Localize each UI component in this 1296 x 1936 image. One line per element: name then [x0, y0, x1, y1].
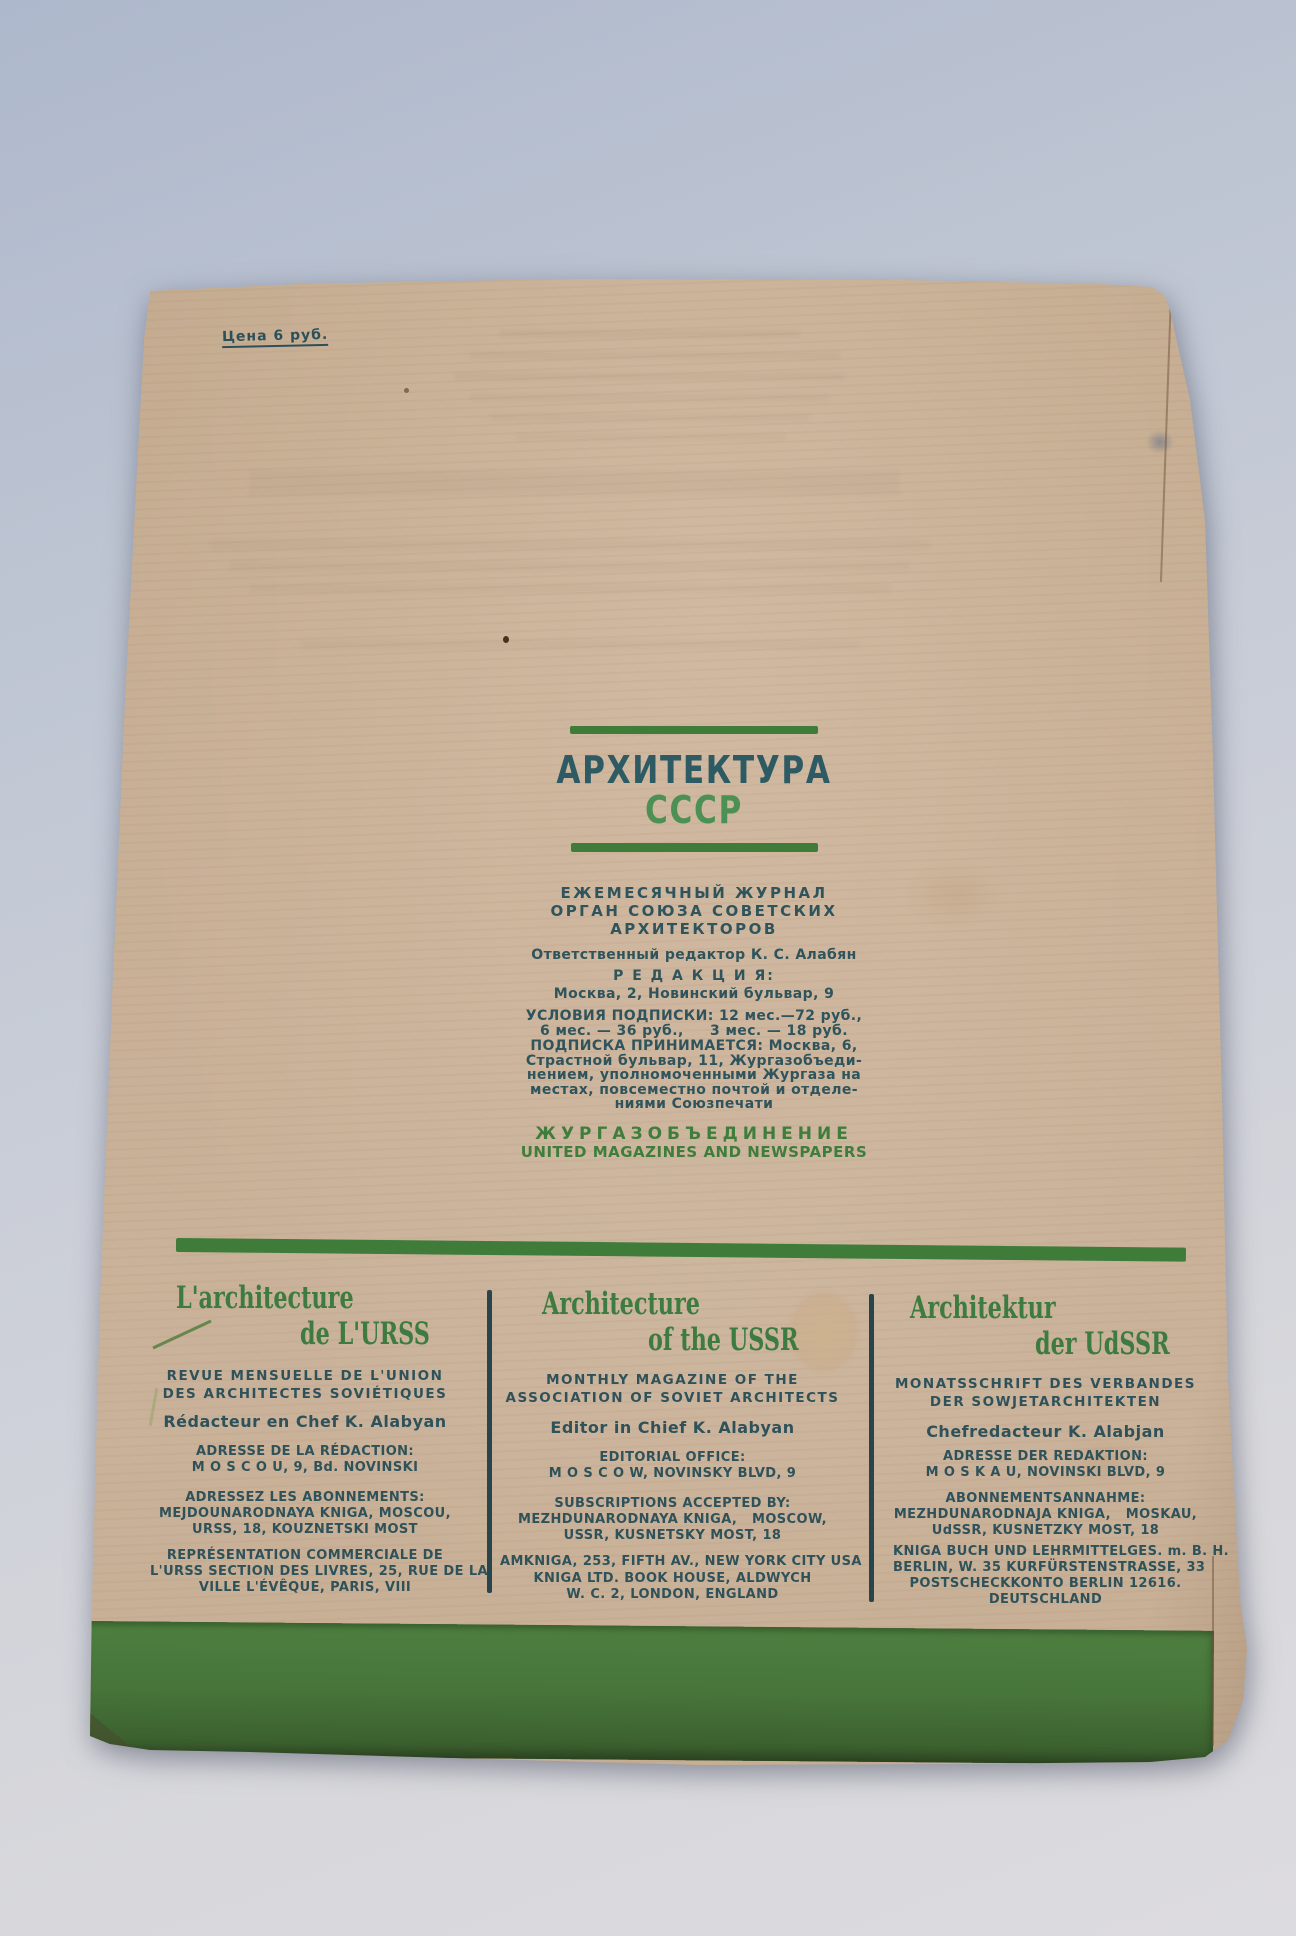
masthead-monthly-3: АРХИТЕКТОРОВ: [444, 920, 944, 938]
column-fr-extra-2: L'URSS SECTION DES LIVRES, 25, RUE DE LA: [150, 1564, 460, 1579]
masthead-redaction: Р Е Д А К Ц И Я:: [444, 968, 944, 984]
column-de-subtitle-2: DER SOWJETARCHITEKTEN: [893, 1394, 1198, 1410]
ghost-text-line: [250, 584, 890, 593]
column-en-address-1: EDITORIAL OFFICE:: [500, 1450, 845, 1465]
green-rule-bottom: [571, 843, 818, 852]
ghost-text-line: [300, 640, 860, 649]
price: Цена 6 руб.: [222, 327, 329, 348]
ghost-text-line: [230, 562, 910, 571]
magazine-back-cover: Цена 6 руб. АРХИТЕКТУРА СССР ЕЖЕМЕСЯЧНЫЙ…: [0, 0, 1296, 1936]
ghost-text-line: [470, 352, 840, 359]
column-fr-subscriptions-1: ADRESSEZ LES ABONNEMENTS:: [150, 1490, 460, 1505]
masthead-monthly-1: ЕЖЕМЕСЯЧНЫЙ ЖУРНАЛ: [444, 884, 944, 902]
ghost-text-line: [490, 414, 810, 421]
column-en-subscriptions-3: USSR, KUSNETSKY MOST, 18: [500, 1528, 845, 1543]
column-en-editor: Editor in Chief K. Alabyan: [500, 1418, 845, 1437]
column-en-extra-2: KNIGA LTD. BOOK HOUSE, ALDWYCH: [500, 1571, 845, 1586]
column-divider-1: [487, 1290, 492, 1593]
column-de-extra-4: DEUTSCHLAND: [893, 1592, 1198, 1607]
column-fr-subscriptions-3: URSS, 18, KOUZNETSKI MOST: [150, 1522, 460, 1537]
page-title-line2: СССР: [489, 788, 899, 832]
column-fr-subtitle-1: REVUE MENSUELLE DE L'UNION: [150, 1368, 460, 1384]
column-de-address-2: M O S K A U, NOVINSKI BLVD, 9: [893, 1465, 1198, 1480]
column-de-address-1: ADRESSE DER REDAKTION:: [893, 1449, 1198, 1464]
column-fr-subscriptions-2: MEJDOUNARODNAYA KNIGA, MOSCOU,: [150, 1506, 460, 1521]
column-de-subscriptions-2: MEZHDUNARODNAJA KNIGA, MOSKAU,: [893, 1507, 1198, 1522]
column-en-title-line1: Architecture: [542, 1286, 700, 1322]
column-fr-extra-3: VILLE L'ÉVÊQUE, PARIS, VIII: [150, 1580, 460, 1595]
masthead-editor: Ответственный редактор К. С. Алабян: [444, 947, 944, 963]
ghost-text-line: [455, 373, 845, 380]
column-fr-address-1: ADRESSE DE LA RÉDACTION:: [150, 1444, 460, 1459]
subscription-line-7: ниями Союзпечати: [444, 1096, 944, 1112]
jurgaz-subtitle: UNITED MAGAZINES AND NEWSPAPERS: [444, 1143, 944, 1161]
column-en-subscriptions-1: SUBSCRIPTIONS ACCEPTED BY:: [500, 1496, 845, 1511]
column-fr-title-line1: L'architecture: [176, 1280, 354, 1316]
column-fr-extra-1: REPRÉSENTATION COMMERCIALE DE: [150, 1548, 460, 1563]
column-fr-title-line2: de L'URSS: [300, 1316, 430, 1352]
subscription-line-3: ПОДПИСКА ПРИНИМАЕТСЯ: Москва, 6,: [444, 1038, 944, 1054]
column-en-subtitle-2: ASSOCIATION OF SOVIET ARCHITECTS: [500, 1390, 845, 1406]
ghost-text-line: [210, 540, 930, 550]
subscription-line-2: 6 мес. — 36 руб., 3 мес. — 18 руб.: [444, 1023, 944, 1039]
ghost-text-line: [470, 394, 830, 401]
masthead-address: Москва, 2, Новинский бульвар, 9: [444, 986, 944, 1002]
ghost-text-line: [515, 434, 785, 440]
column-fr-editor: Rédacteur en Chef K. Alabyan: [150, 1412, 460, 1431]
column-fr-subtitle-2: DES ARCHITECTES SOVIÉTIQUES: [150, 1386, 460, 1402]
column-de-extra-1: KNIGA BUCH UND LEHRMITTELGES. m. B. H.: [893, 1544, 1198, 1559]
column-en-extra-3: W. C. 2, LONDON, ENGLAND: [500, 1587, 845, 1602]
paper-stain: [790, 1292, 858, 1372]
masthead-monthly-2: ОРГАН СОЮЗА СОВЕТСКИХ: [444, 902, 944, 920]
green-rule-top: [570, 726, 818, 734]
photo-background: Цена 6 руб. АРХИТЕКТУРА СССР ЕЖЕМЕСЯЧНЫЙ…: [0, 0, 1296, 1936]
column-de-title-line2: der UdSSR: [1035, 1326, 1170, 1362]
column-en-subtitle-1: MONTHLY MAGAZINE OF THE: [500, 1372, 845, 1388]
column-de-subtitle-1: MONATSSCHRIFT DES VERBANDES: [893, 1376, 1198, 1392]
column-divider-2: [869, 1294, 874, 1602]
column-de-editor: Chefredacteur K. Alabjan: [893, 1422, 1198, 1441]
edge-crease: [1212, 1556, 1214, 1746]
column-fr-address-2: M O S C O U, 9, Bd. NOVINSKI: [150, 1460, 460, 1475]
ghost-text-line: [500, 330, 800, 338]
column-de-extra-3: POSTSCHECKKONTO BERLIN 12616.: [893, 1576, 1198, 1591]
column-de-title-line1: Architektur: [910, 1290, 1056, 1326]
ghost-text-block: [250, 470, 900, 496]
subscription-line-1: УСЛОВИЯ ПОДПИСКИ: 12 мес.—72 руб.,: [444, 1008, 944, 1024]
column-en-subscriptions-2: MEZHDUNARODNAYA KNIGA, MOSCOW,: [500, 1512, 845, 1527]
column-de-extra-2: BERLIN, W. 35 KURFÜRSTENSTRASSE, 33: [893, 1560, 1198, 1575]
speck: [503, 636, 509, 643]
speck: [404, 388, 409, 393]
subscription-line-5: нением, уполномоченными Жургаза на: [444, 1067, 944, 1083]
page-shadow-wrap: Цена 6 руб. АРХИТЕКТУРА СССР ЕЖЕМЕСЯЧНЫЙ…: [0, 0, 1296, 1936]
bottom-green-band: [83, 1621, 1214, 1765]
ink-smudge: [1146, 430, 1174, 454]
column-en-address-2: M O S C O W, NOVINSKY BLVD, 9: [500, 1466, 845, 1481]
jurgaz-title: ЖУРГАЗОБЪЕДИНЕНИЕ: [444, 1124, 944, 1144]
column-de-subscriptions-1: ABONNEMENTSANNAHME:: [893, 1491, 1198, 1506]
column-de-subscriptions-3: UdSSR, KUSNETZKY MOST, 18: [893, 1523, 1198, 1538]
column-en-extra-1: AMKNIGA, 253, FIFTH AV., NEW YORK CITY U…: [500, 1554, 845, 1569]
column-en-title-line2: of the USSR: [648, 1322, 799, 1358]
page-title-line1: АРХИТЕКТУРА: [489, 748, 899, 792]
